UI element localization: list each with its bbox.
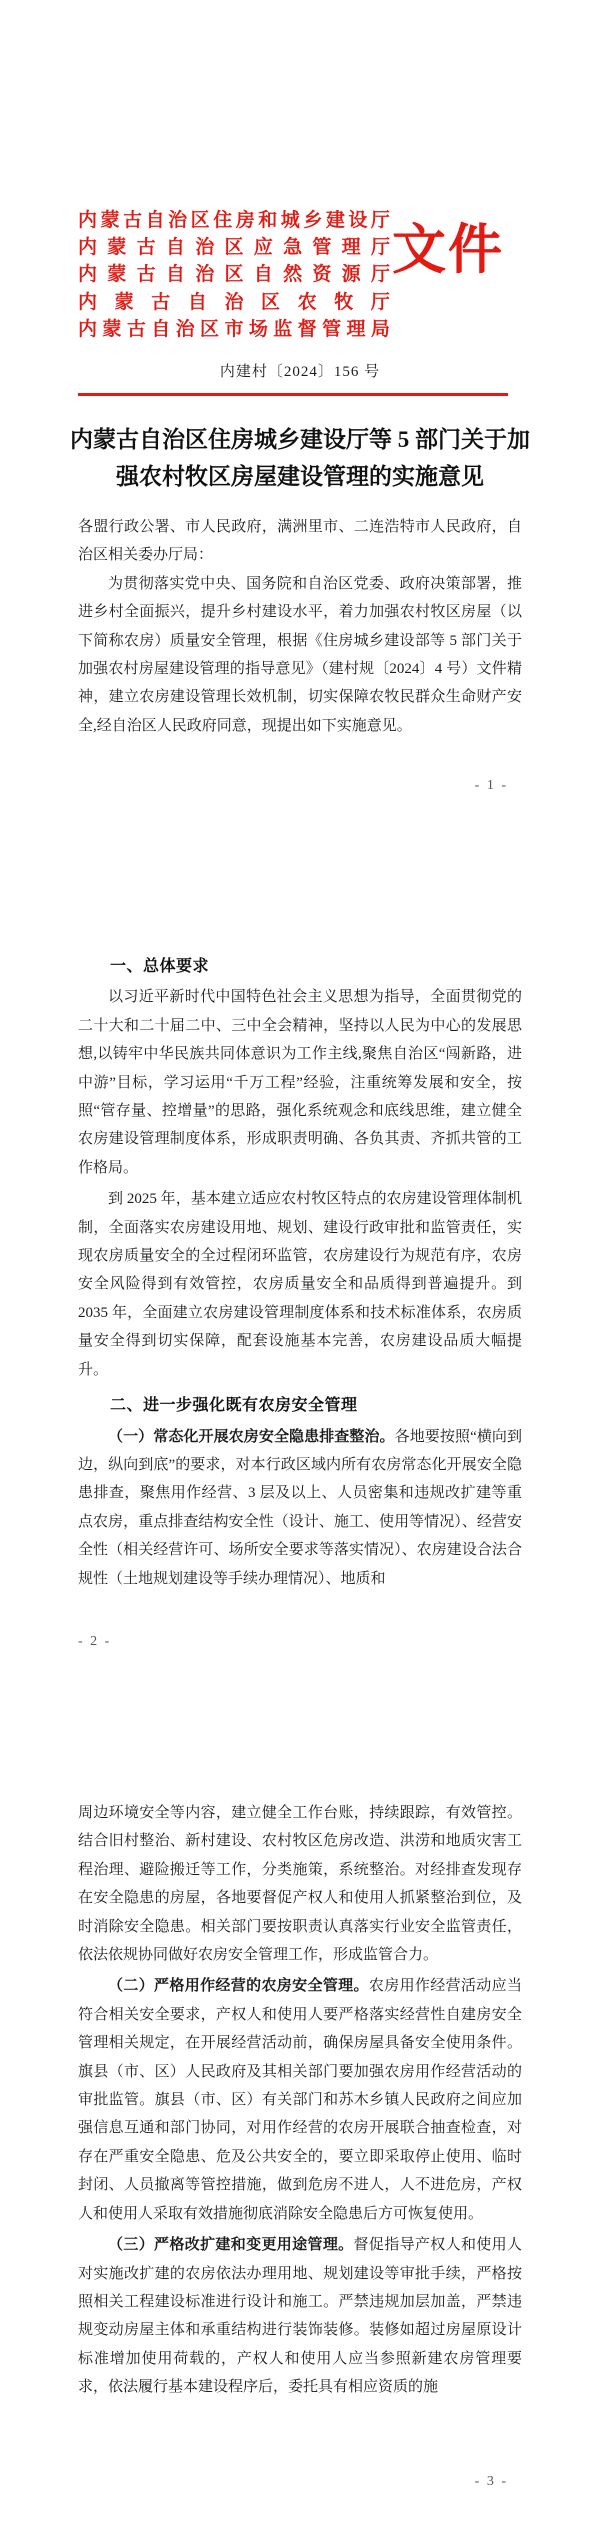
official-document: 内蒙古自治区住房和城乡建设厅 内蒙古自治区应急管理厅 内蒙古自治区自然资源厅 内… (0, 0, 600, 2544)
document-title: 内蒙古自治区住房城乡建设厅等 5 部门关于加强农村牧区房屋建设管理的实施意见 (65, 421, 535, 495)
page-number-2: - 2 - (78, 1634, 522, 1650)
page-number-1: - 1 - (78, 778, 508, 794)
paragraph-intro: 为贯彻落实党中央、国务院和自治区党委、政府决策部署，推进乡村全面振兴，提升乡村建… (78, 570, 522, 740)
paragraph-continuation: 周边环境安全等内容，建立健全工作台账，持续跟踪，有效管控。结合旧村整治、新村建设… (78, 1799, 522, 1969)
item-1-body: 各地要按照“横向到边，纵向到底”的要求，对本行政区域内所有农房常态化开展安全隐患… (78, 1429, 522, 1587)
item-3-body: 督促指导产权人和使用人对实施改扩建的农房依法办理用地、规划建设等审批手续，严格按… (78, 2237, 522, 2395)
item-3-lead: （三）严格改扩建和变更用途管理。 (108, 2237, 354, 2253)
doc-number: 内建村〔2024〕156 号 (0, 360, 600, 381)
page-number-3: - 3 - (78, 2474, 508, 2490)
issuer-line-2: 内蒙古自治区应急管理厅 (78, 234, 390, 261)
item-2-lead: （二）严格用作经营的农房安全管理。 (108, 1978, 369, 1994)
issuer-line-5: 内蒙古自治区市场监督管理局 (78, 316, 390, 343)
issuer-line-4: 内蒙古自治区农牧厅 (78, 289, 390, 316)
issuing-agencies-block: 内蒙古自治区住房和城乡建设厅 内蒙古自治区应急管理厅 内蒙古自治区自然资源厅 内… (78, 207, 522, 343)
section-heading-1: 一、总体要求 (78, 953, 522, 981)
issuer-line-3: 内蒙古自治区自然资源厅 (78, 261, 390, 288)
section-heading-2: 二、进一步强化既有农房安全管理 (78, 1392, 522, 1420)
page-1-body: 各盟行政公署、市人民政府，满洲里市、二连浩特市人民政府，自治区相关委办厅局： 为… (78, 513, 522, 740)
salutation: 各盟行政公署、市人民政府，满洲里市、二连浩特市人民政府，自治区相关委办厅局： (78, 513, 522, 570)
page-3-body: 周边环境安全等内容，建立健全工作台账，持续跟踪，有效管控。结合旧村整治、新村建设… (78, 1799, 522, 2402)
paragraph-guiding: 以习近平新时代中国特色社会主义思想为指导，全面贯彻党的二十大和二十届二中、三中全… (78, 983, 522, 1182)
paragraph-item-1: （一）常态化开展农房安全隐患排查整治。各地要按照“横向到边，纵向到底”的要求，对… (78, 1423, 522, 1593)
paragraph-goals: 到 2025 年，基本建立适应农村牧区特点的农房建设管理体制机制，全面落实农房建… (78, 1185, 522, 1384)
item-1-lead: （一）常态化开展农房安全隐患排查整治。 (108, 1429, 395, 1445)
red-divider (78, 393, 508, 396)
paragraph-item-2: （二）严格用作经营的农房安全管理。农房用作经营活动应当符合相关安全要求，产权人和… (78, 1972, 522, 2228)
page-2-body: 一、总体要求 以习近平新时代中国特色社会主义思想为指导，全面贯彻党的二十大和二十… (78, 953, 522, 1593)
issuer-line-1: 内蒙古自治区住房和城乡建设厅 (78, 207, 390, 234)
issuing-agencies-list: 内蒙古自治区住房和城乡建设厅 内蒙古自治区应急管理厅 内蒙古自治区自然资源厅 内… (78, 207, 390, 343)
item-2-body: 农房用作经营活动应当符合相关安全要求，产权人和使用人要严格落实经营性自建房安全管… (78, 1978, 522, 2221)
file-banner-label: 文件 (392, 223, 504, 277)
paragraph-item-3: （三）严格改扩建和变更用途管理。督促指导产权人和使用人对实施改扩建的农房依法办理… (78, 2231, 522, 2401)
